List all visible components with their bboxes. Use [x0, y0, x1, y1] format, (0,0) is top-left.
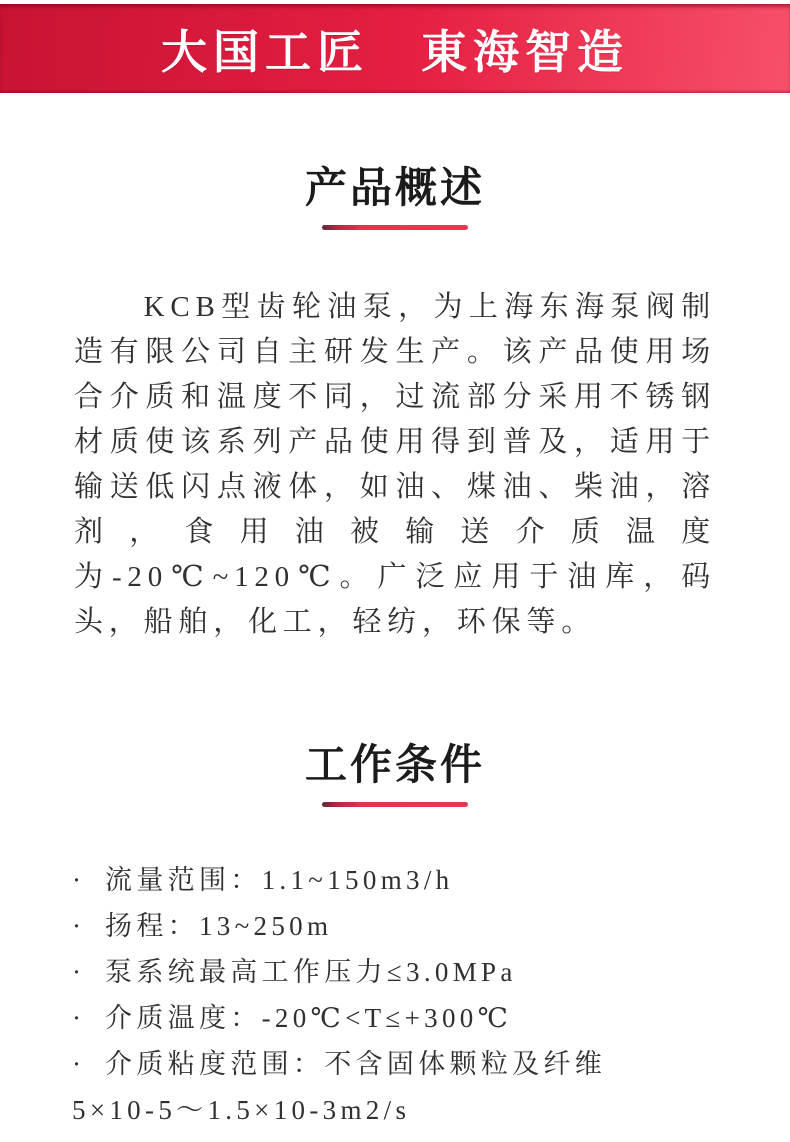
- list-item: · 泵系统最高工作压力≤3.0MPa: [72, 949, 770, 995]
- list-item: · 流量范围：1.1~150m3/h: [72, 857, 770, 903]
- banner-slogan: 大国工匠 東海智造: [161, 16, 629, 82]
- list-item-continuation: 5×10-5～1.5×10-3m2/s: [72, 1087, 770, 1133]
- bullet-dot: ·: [72, 857, 105, 903]
- list-item-text: 泵系统最高工作压力≤3.0MPa: [105, 949, 517, 995]
- list-item-text: 扬程：13~250m: [105, 903, 332, 949]
- list-item-text: 流量范围：1.1~150m3/h: [105, 857, 453, 903]
- list-item-text: 5×10-5～1.5×10-3m2/s: [72, 1087, 410, 1133]
- list-item: · 介质温度：-20℃<T≤+300℃: [72, 995, 770, 1041]
- product-page: 大国工匠 東海智造 产品概述 KCB型齿轮油泵，为上海东海泵阀制造有限公司自主研…: [0, 0, 790, 1142]
- brand-banner: 大国工匠 東海智造: [0, 4, 790, 93]
- overview-title: 产品概述: [0, 163, 790, 213]
- section-working-conditions: 工作条件 · 流量范围：1.1~150m3/h · 扬程：13~250m · 泵…: [0, 740, 790, 1133]
- section-overview: 产品概述 KCB型齿轮油泵，为上海东海泵阀制造有限公司自主研发生产。该产品使用场…: [0, 163, 790, 645]
- list-item-text: 介质粘度范围：不含固体颗粒及纤维: [105, 1041, 606, 1087]
- bullet-dot: ·: [72, 995, 105, 1041]
- overview-title-underline: [322, 225, 468, 230]
- working-conditions-list: · 流量范围：1.1~150m3/h · 扬程：13~250m · 泵系统最高工…: [72, 857, 770, 1133]
- list-item-text: 介质温度：-20℃<T≤+300℃: [105, 995, 512, 1041]
- bullet-dot: ·: [72, 949, 105, 995]
- bullet-dot: ·: [72, 1041, 105, 1087]
- overview-paragraph: KCB型齿轮油泵，为上海东海泵阀制造有限公司自主研发生产。该产品使用场合介质和温…: [74, 285, 716, 645]
- bullet-dot: ·: [72, 903, 105, 949]
- list-item: · 介质粘度范围：不含固体颗粒及纤维: [72, 1041, 770, 1087]
- working-conditions-title-underline: [322, 802, 468, 807]
- list-item: · 扬程：13~250m: [72, 903, 770, 949]
- working-conditions-title: 工作条件: [0, 740, 790, 790]
